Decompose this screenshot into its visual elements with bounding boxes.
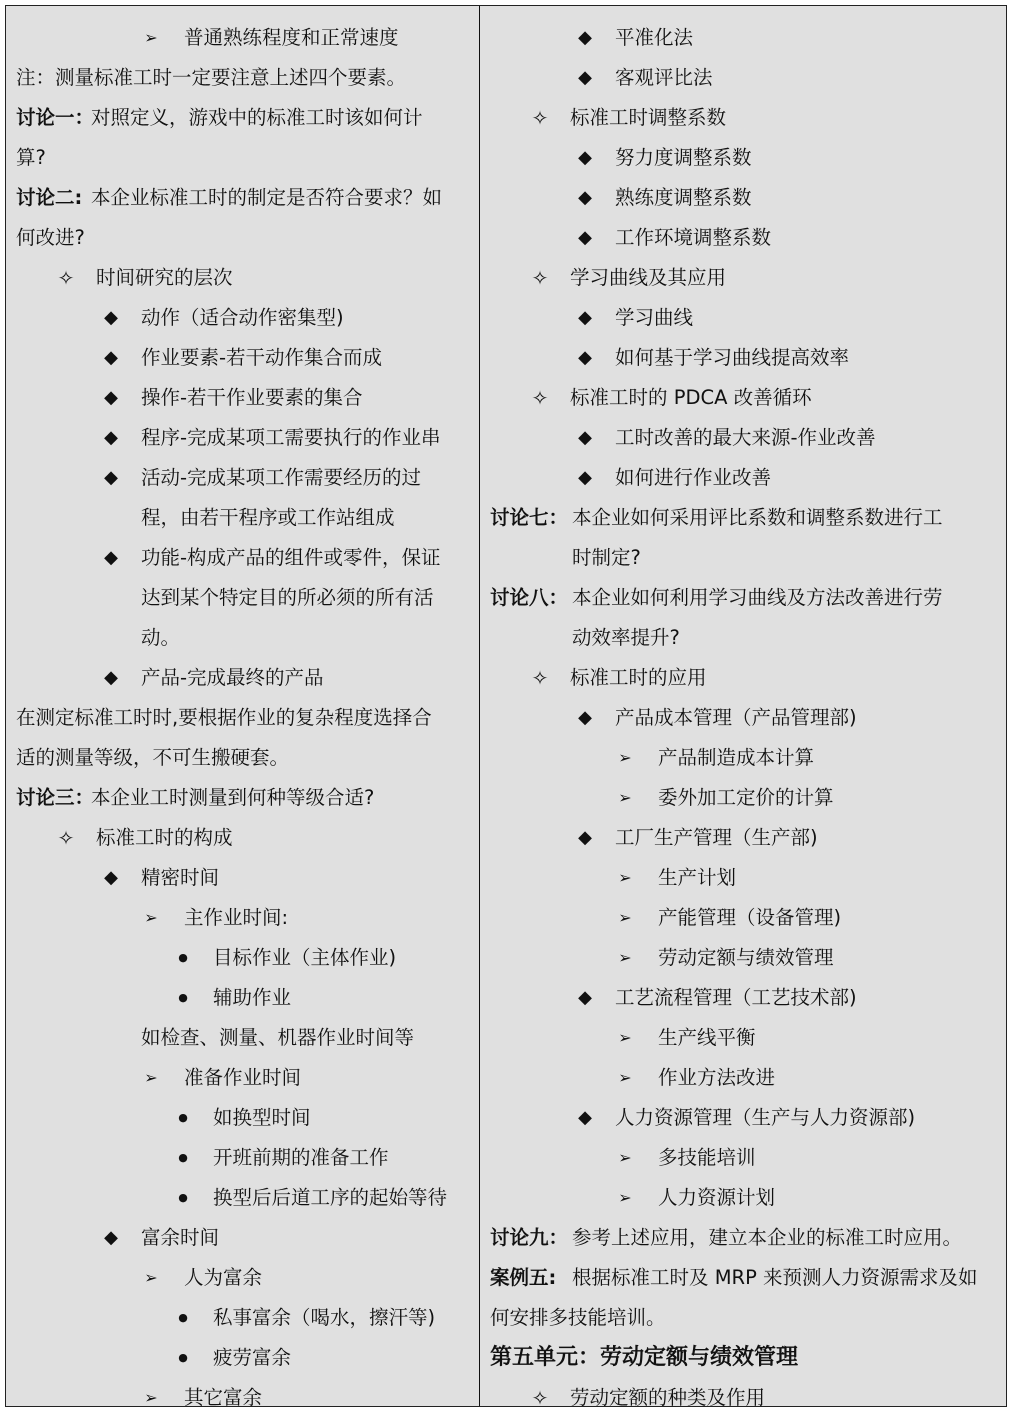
outline-line: 讨论三：本企业工时测量到何种等级合适? [6, 778, 479, 818]
arrowhead-bullet-icon: ➢ [141, 18, 161, 58]
discussion-label: 讨论九： [490, 1218, 568, 1258]
outline-text: 熟练度调整系数 [615, 178, 752, 218]
dot-bullet-icon: ● [173, 1338, 193, 1378]
arrowhead-bullet-icon: ➢ [615, 938, 635, 978]
arrowhead-bullet-icon: ➢ [141, 1058, 161, 1098]
outline-line: ◆熟练度调整系数 [480, 178, 1006, 218]
discussion-label: 讨论三： [16, 778, 94, 818]
discussion-text: 对照定义，游戏中的标准工时该如何计 [91, 98, 423, 138]
outline-line: ◆产品-完成最终的产品 [6, 658, 479, 698]
star-outline-icon: ✧ [530, 658, 550, 698]
diamond-bullet-icon: ◆ [101, 538, 121, 578]
outline-line: ✧标准工时的 PDCA 改善循环 [480, 378, 1006, 418]
outline-text: 算? [16, 138, 46, 178]
outline-text: 劳动定额与绩效管理 [658, 938, 834, 978]
arrowhead-bullet-icon: ➢ [615, 858, 635, 898]
outline-line: ◆人力资源管理（生产与人力资源部) [480, 1098, 1006, 1138]
discussion-text: 参考上述应用，建立本企业的标准工时应用。 [572, 1218, 962, 1258]
outline-text: 其它富余 [184, 1378, 262, 1413]
diamond-bullet-icon: ◆ [575, 178, 595, 218]
outline-text: 何安排多技能培训。 [490, 1298, 666, 1338]
outline-line: ◆工作环境调整系数 [480, 218, 1006, 258]
diamond-bullet-icon: ◆ [101, 1218, 121, 1258]
outline-text: 标准工时的 PDCA 改善循环 [570, 378, 812, 418]
outline-text: 标准工时的构成 [96, 818, 233, 858]
arrowhead-bullet-icon: ➢ [615, 738, 635, 778]
outline-line: 程，由若干程序或工作站组成 [6, 498, 479, 538]
outline-line: ●目标作业（主体作业) [6, 938, 479, 978]
diamond-bullet-icon: ◆ [101, 298, 121, 338]
outline-line: ◆富余时间 [6, 1218, 479, 1258]
outline-line: ◆工厂生产管理（生产部) [480, 818, 1006, 858]
dot-bullet-icon: ● [173, 1178, 193, 1218]
outline-line: ➢人为富余 [6, 1258, 479, 1298]
arrowhead-bullet-icon: ➢ [615, 778, 635, 818]
discussion-label: 案例五: [490, 1258, 556, 1298]
outline-text: 劳动定额的种类及作用 [570, 1378, 765, 1413]
outline-line: 在测定标准工时时,要根据作业的复杂程度选择合 [6, 698, 479, 738]
outline-text: 努力度调整系数 [615, 138, 752, 178]
outline-line: ➢多技能培训 [480, 1138, 1006, 1178]
outline-line: ➢产能管理（设备管理) [480, 898, 1006, 938]
outline-text: 程，由若干程序或工作站组成 [141, 498, 395, 538]
outline-text: 富余时间 [141, 1218, 219, 1258]
outline-text: 程序-完成某项工需要执行的作业串 [141, 418, 441, 458]
outline-text: 产品-完成最终的产品 [141, 658, 324, 698]
discussion-label: 讨论七： [490, 498, 568, 538]
diamond-bullet-icon: ◆ [575, 138, 595, 178]
outline-line: ✧标准工时调整系数 [480, 98, 1006, 138]
outline-line: ➢劳动定额与绩效管理 [480, 938, 1006, 978]
outline-line: ➢委外加工定价的计算 [480, 778, 1006, 818]
arrowhead-bullet-icon: ➢ [141, 1258, 161, 1298]
outline-line: ◆动作（适合动作密集型) [6, 298, 479, 338]
outline-line: ➢普通熟练程度和正常速度 [6, 18, 479, 58]
outline-line: ◆活动-完成某项工作需要经历的过 [6, 458, 479, 498]
dot-bullet-icon: ● [173, 1098, 193, 1138]
outline-line: ◆努力度调整系数 [480, 138, 1006, 178]
outline-text: 注：测量标准工时一定要注意上述四个要素。 [16, 58, 406, 98]
outline-line: ◆操作-若干作业要素的集合 [6, 378, 479, 418]
diamond-bullet-icon: ◆ [575, 298, 595, 338]
outline-line: ◆工时改善的最大来源-作业改善 [480, 418, 1006, 458]
document-table: ➢普通熟练程度和正常速度注：测量标准工时一定要注意上述四个要素。讨论一：对照定义… [5, 5, 1007, 1407]
outline-line: ◆作业要素-若干动作集合而成 [6, 338, 479, 378]
dot-bullet-icon: ● [173, 1298, 193, 1338]
outline-text: 准备作业时间 [184, 1058, 301, 1098]
outline-line: ➢作业方法改进 [480, 1058, 1006, 1098]
outline-line: 何安排多技能培训。 [480, 1298, 1006, 1338]
outline-text: 工艺流程管理（工艺技术部) [615, 978, 857, 1018]
outline-line: ➢其它富余 [6, 1378, 479, 1413]
outline-line: 动效率提升? [480, 618, 1006, 658]
dot-bullet-icon: ● [173, 1138, 193, 1178]
outline-text: 辅助作业 [213, 978, 291, 1018]
discussion-text: 本企业工时测量到何种等级合适? [91, 778, 374, 818]
diamond-bullet-icon: ◆ [101, 418, 121, 458]
outline-text: 人为富余 [184, 1258, 262, 1298]
outline-text: 生产线平衡 [658, 1018, 756, 1058]
diamond-bullet-icon: ◆ [101, 338, 121, 378]
outline-line: ◆工艺流程管理（工艺技术部) [480, 978, 1006, 1018]
discussion-text: 根据标准工时及 MRP 来预测人力资源需求及如 [572, 1258, 978, 1298]
diamond-bullet-icon: ◆ [101, 858, 121, 898]
discussion-label: 讨论一： [16, 98, 94, 138]
outline-line: ●换型后后道工序的起始等待 [6, 1178, 479, 1218]
outline-line: 案例五:根据标准工时及 MRP 来预测人力资源需求及如 [480, 1258, 1006, 1298]
outline-line: 讨论二:本企业标准工时的制定是否符合要求？如 [6, 178, 479, 218]
outline-text: 如何基于学习曲线提高效率 [615, 338, 849, 378]
outline-text: 作业方法改进 [658, 1058, 775, 1098]
star-outline-icon: ✧ [530, 98, 550, 138]
outline-line: ➢产品制造成本计算 [480, 738, 1006, 778]
outline-line: ✧劳动定额的种类及作用 [480, 1378, 1006, 1413]
discussion-label: 讨论二: [16, 178, 82, 218]
dot-bullet-icon: ● [173, 938, 193, 978]
outline-text: 生产计划 [658, 858, 736, 898]
outline-text: 操作-若干作业要素的集合 [141, 378, 363, 418]
outline-line: ◆如何进行作业改善 [480, 458, 1006, 498]
outline-line: ●辅助作业 [6, 978, 479, 1018]
outline-text: 达到某个特定目的所必须的所有活 [141, 578, 434, 618]
arrowhead-bullet-icon: ➢ [615, 1138, 635, 1178]
discussion-text: 本企业如何利用学习曲线及方法改善进行劳 [572, 578, 943, 618]
outline-line: ◆精密时间 [6, 858, 479, 898]
outline-text: 工厂生产管理（生产部) [615, 818, 818, 858]
outline-text: 委外加工定价的计算 [658, 778, 834, 818]
arrowhead-bullet-icon: ➢ [615, 1178, 635, 1218]
outline-line: ●开班前期的准备工作 [6, 1138, 479, 1178]
outline-text: 工作环境调整系数 [615, 218, 771, 258]
outline-line: ✧标准工时的应用 [480, 658, 1006, 698]
outline-line: ◆学习曲线 [480, 298, 1006, 338]
outline-line: ●疲劳富余 [6, 1338, 479, 1378]
diamond-bullet-icon: ◆ [575, 1098, 595, 1138]
arrowhead-bullet-icon: ➢ [141, 898, 161, 938]
outline-text: 人力资源管理（生产与人力资源部) [615, 1098, 915, 1138]
outline-text: 如何进行作业改善 [615, 458, 771, 498]
outline-text: 精密时间 [141, 858, 219, 898]
outline-text: 开班前期的准备工作 [213, 1138, 389, 1178]
diamond-bullet-icon: ◆ [575, 458, 595, 498]
outline-text: 产能管理（设备管理) [658, 898, 841, 938]
outline-line: 动。 [6, 618, 479, 658]
outline-line: ◆客观评比法 [480, 58, 1006, 98]
diamond-bullet-icon: ◆ [575, 698, 595, 738]
outline-text: 产品成本管理（产品管理部) [615, 698, 857, 738]
outline-text: 学习曲线 [615, 298, 693, 338]
star-outline-icon: ✧ [530, 378, 550, 418]
outline-line: ➢准备作业时间 [6, 1058, 479, 1098]
diamond-bullet-icon: ◆ [575, 58, 595, 98]
outline-line: ➢生产计划 [480, 858, 1006, 898]
outline-text: 目标作业（主体作业) [213, 938, 396, 978]
outline-text: 普通熟练程度和正常速度 [184, 18, 399, 58]
outline-text: 标准工时的应用 [570, 658, 707, 698]
outline-text: 活动-完成某项工作需要经历的过 [141, 458, 421, 498]
outline-line: 讨论八：本企业如何利用学习曲线及方法改善进行劳 [480, 578, 1006, 618]
outline-line: 何改进? [6, 218, 479, 258]
outline-line: 讨论九：参考上述应用，建立本企业的标准工时应用。 [480, 1218, 1006, 1258]
outline-text: 平准化法 [615, 18, 693, 58]
dot-bullet-icon: ● [173, 978, 193, 1018]
outline-line: 达到某个特定目的所必须的所有活 [6, 578, 479, 618]
outline-line: 第五单元：劳动定额与绩效管理 [480, 1338, 1006, 1378]
outline-text: 换型后后道工序的起始等待 [213, 1178, 447, 1218]
outline-text: 何改进? [16, 218, 85, 258]
diamond-bullet-icon: ◆ [101, 378, 121, 418]
outline-line: 时制定? [480, 538, 1006, 578]
outline-line: ●如换型时间 [6, 1098, 479, 1138]
outline-text: 动作（适合动作密集型) [141, 298, 344, 338]
diamond-bullet-icon: ◆ [101, 458, 121, 498]
outline-line: ◆功能-构成产品的组件或零件，保证 [6, 538, 479, 578]
outline-text: 时间研究的层次 [96, 258, 233, 298]
diamond-bullet-icon: ◆ [575, 418, 595, 458]
section-heading: 第五单元：劳动定额与绩效管理 [490, 1338, 798, 1378]
outline-text: 作业要素-若干动作集合而成 [141, 338, 382, 378]
outline-line: ➢人力资源计划 [480, 1178, 1006, 1218]
outline-line: ✧学习曲线及其应用 [480, 258, 1006, 298]
diamond-bullet-icon: ◆ [575, 218, 595, 258]
diamond-bullet-icon: ◆ [575, 338, 595, 378]
outline-text: 人力资源计划 [658, 1178, 775, 1218]
outline-text: 功能-构成产品的组件或零件，保证 [141, 538, 441, 578]
outline-line: ➢生产线平衡 [480, 1018, 1006, 1058]
outline-text: 动效率提升? [572, 618, 680, 658]
outline-text: 客观评比法 [615, 58, 713, 98]
right-column: ◆平准化法◆客观评比法✧标准工时调整系数◆努力度调整系数◆熟练度调整系数◆工作环… [480, 6, 1006, 1406]
star-outline-icon: ✧ [530, 258, 550, 298]
diamond-bullet-icon: ◆ [575, 978, 595, 1018]
outline-text: 学习曲线及其应用 [570, 258, 726, 298]
arrowhead-bullet-icon: ➢ [615, 1018, 635, 1058]
outline-line: ✧时间研究的层次 [6, 258, 479, 298]
diamond-bullet-icon: ◆ [101, 658, 121, 698]
arrowhead-bullet-icon: ➢ [615, 898, 635, 938]
star-outline-icon: ✧ [56, 258, 76, 298]
outline-line: ◆程序-完成某项工需要执行的作业串 [6, 418, 479, 458]
outline-line: 注：测量标准工时一定要注意上述四个要素。 [6, 58, 479, 98]
outline-text: 动。 [141, 618, 180, 658]
outline-text: 疲劳富余 [213, 1338, 291, 1378]
discussion-label: 讨论八： [490, 578, 568, 618]
outline-text: 适的测量等级，不可生搬硬套。 [16, 738, 289, 778]
star-outline-icon: ✧ [56, 818, 76, 858]
outline-line: ✧标准工时的构成 [6, 818, 479, 858]
outline-text: 在测定标准工时时,要根据作业的复杂程度选择合 [16, 698, 432, 738]
outline-text: 标准工时调整系数 [570, 98, 726, 138]
outline-text: 工时改善的最大来源-作业改善 [615, 418, 876, 458]
outline-text: 私事富余（喝水，擦汗等) [213, 1298, 435, 1338]
left-column: ➢普通熟练程度和正常速度注：测量标准工时一定要注意上述四个要素。讨论一：对照定义… [6, 6, 480, 1406]
outline-text: 时制定? [572, 538, 641, 578]
outline-line: ◆产品成本管理（产品管理部) [480, 698, 1006, 738]
outline-line: 讨论一：对照定义，游戏中的标准工时该如何计 [6, 98, 479, 138]
outline-text: 产品制造成本计算 [658, 738, 814, 778]
discussion-text: 本企业如何采用评比系数和调整系数进行工 [572, 498, 943, 538]
outline-line: 算? [6, 138, 479, 178]
outline-line: 讨论七：本企业如何采用评比系数和调整系数进行工 [480, 498, 1006, 538]
diamond-bullet-icon: ◆ [575, 818, 595, 858]
arrowhead-bullet-icon: ➢ [615, 1058, 635, 1098]
outline-line: ➢主作业时间: [6, 898, 479, 938]
outline-line: 适的测量等级，不可生搬硬套。 [6, 738, 479, 778]
outline-line: 如检查、测量、机器作业时间等 [6, 1018, 479, 1058]
outline-text: 多技能培训 [658, 1138, 756, 1178]
outline-text: 如检查、测量、机器作业时间等 [141, 1018, 414, 1058]
outline-line: ◆平准化法 [480, 18, 1006, 58]
outline-text: 主作业时间: [184, 898, 288, 938]
star-outline-icon: ✧ [530, 1378, 550, 1413]
arrowhead-bullet-icon: ➢ [141, 1378, 161, 1413]
outline-text: 如换型时间 [213, 1098, 311, 1138]
diamond-bullet-icon: ◆ [575, 18, 595, 58]
outline-line: ◆如何基于学习曲线提高效率 [480, 338, 1006, 378]
outline-line: ●私事富余（喝水，擦汗等) [6, 1298, 479, 1338]
discussion-text: 本企业标准工时的制定是否符合要求？如 [91, 178, 442, 218]
